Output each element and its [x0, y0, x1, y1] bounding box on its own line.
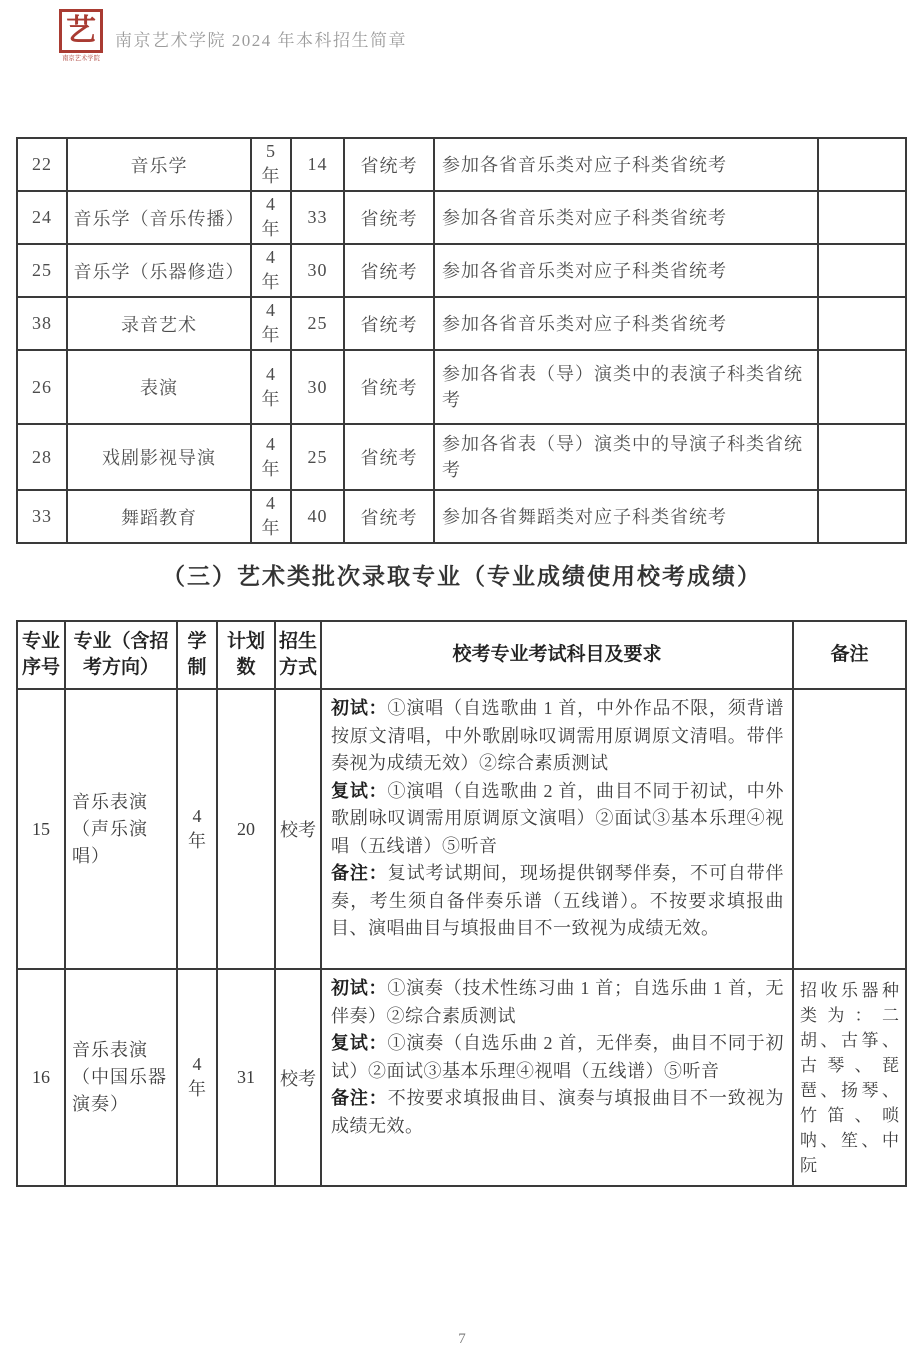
duration-cell: 4 年: [251, 490, 291, 543]
exam-requirement-line: 初试：①演奏（技术性练习曲 1 首；自选乐曲 1 首，无伴奏）②综合素质测试: [331, 975, 784, 1030]
university-logo: 艺 南京艺术学院: [57, 9, 105, 62]
province-exam-table-body: 22音乐学5 年14省统考参加各省音乐类对应子科类省统考24音乐学（音乐传播）4…: [17, 138, 906, 543]
column-header: 专业（含招考方向）: [65, 621, 177, 689]
duration-cell: 4 年: [177, 689, 217, 969]
major-number-cell: 24: [17, 191, 67, 244]
major-name-cell: 音乐学（乐器修造）: [67, 244, 251, 297]
duration-cell: 4 年: [251, 350, 291, 424]
column-header: 专业序号: [17, 621, 65, 689]
plan-count-cell: 20: [217, 689, 275, 969]
column-header: 备注: [793, 621, 906, 689]
duration-cell: 5 年: [251, 138, 291, 191]
admission-method-cell: 省统考: [344, 424, 434, 490]
page: 艺 南京艺术学院 南京艺术学院 2024 年本科招生简章 22音乐学5 年14省…: [0, 0, 924, 1372]
table-row: 33舞蹈教育4 年40省统考参加各省舞蹈类对应子科类省统考: [17, 490, 906, 543]
major-name-cell: 音乐学（音乐传播）: [67, 191, 251, 244]
major-number-cell: 26: [17, 350, 67, 424]
major-name-cell: 音乐表演（声乐演唱）: [65, 689, 177, 969]
requirement-cell: 参加各省舞蹈类对应子科类省统考: [434, 490, 818, 543]
requirement-cell: 参加各省表（导）演类中的表演子科类省统考: [434, 350, 818, 424]
exam-requirement-line: 复试：①演唱（自选歌曲 2 首，曲目不同于初试，中外歌剧咏叹调需用原调原文演唱）…: [331, 778, 784, 861]
school-exam-table-header-row: 专业序号专业（含招考方向）学制计划数招生方式校考专业考试科目及要求备注: [17, 621, 906, 689]
column-header: 学制: [177, 621, 217, 689]
duration-cell: 4 年: [251, 191, 291, 244]
major-name-cell: 表演: [67, 350, 251, 424]
document-header: 艺 南京艺术学院 南京艺术学院 2024 年本科招生简章: [57, 9, 407, 62]
admission-method-cell: 省统考: [344, 244, 434, 297]
admission-method-cell: 校考: [275, 689, 321, 969]
major-number-cell: 25: [17, 244, 67, 297]
remark-cell: [818, 244, 906, 297]
plan-count-cell: 33: [291, 191, 344, 244]
remark-cell: [818, 424, 906, 490]
column-header: 招生方式: [275, 621, 321, 689]
remark-cell: [818, 138, 906, 191]
remark-cell: [793, 689, 906, 969]
exam-requirement-line: 备注：复试考试期间，现场提供钢琴伴奏，不可自带伴奏，考生须自备伴奏乐谱（五线谱）…: [331, 860, 784, 943]
exam-requirement-line: 备注：不按要求填报曲目、演奏与填报曲目不一致视为成绩无效。: [331, 1085, 784, 1140]
plan-count-cell: 25: [291, 424, 344, 490]
major-name-cell: 录音艺术: [67, 297, 251, 350]
admission-method-cell: 省统考: [344, 350, 434, 424]
major-name-cell: 舞蹈教育: [67, 490, 251, 543]
requirement-cell: 参加各省音乐类对应子科类省统考: [434, 244, 818, 297]
requirement-cell: 参加各省音乐类对应子科类省统考: [434, 191, 818, 244]
table-row: 22音乐学5 年14省统考参加各省音乐类对应子科类省统考: [17, 138, 906, 191]
table-row: 26表演4 年30省统考参加各省表（导）演类中的表演子科类省统考: [17, 350, 906, 424]
duration-cell: 4 年: [251, 244, 291, 297]
major-number-cell: 28: [17, 424, 67, 490]
admission-method-cell: 省统考: [344, 490, 434, 543]
admission-method-cell: 省统考: [344, 297, 434, 350]
plan-count-cell: 14: [291, 138, 344, 191]
exam-subjects-cell: 初试：①演奏（技术性练习曲 1 首；自选乐曲 1 首，无伴奏）②综合素质测试复试…: [321, 969, 793, 1186]
table-row: 38录音艺术4 年25省统考参加各省音乐类对应子科类省统考: [17, 297, 906, 350]
plan-count-cell: 30: [291, 350, 344, 424]
admission-method-cell: 省统考: [344, 138, 434, 191]
exam-requirement-line: 初试：①演唱（自选歌曲 1 首，中外作品不限，须背谱按原文清唱，中外歌剧咏叹调需…: [331, 695, 784, 778]
requirement-cell: 参加各省表（导）演类中的导演子科类省统考: [434, 424, 818, 490]
document-title: 南京艺术学院 2024 年本科招生简章: [115, 26, 407, 51]
plan-count-cell: 31: [217, 969, 275, 1186]
duration-cell: 4 年: [177, 969, 217, 1186]
plan-count-cell: 40: [291, 490, 344, 543]
requirement-cell: 参加各省音乐类对应子科类省统考: [434, 297, 818, 350]
province-exam-table: 22音乐学5 年14省统考参加各省音乐类对应子科类省统考24音乐学（音乐传播）4…: [16, 137, 907, 544]
seal-icon: 艺: [59, 9, 103, 53]
remark-cell: [818, 350, 906, 424]
exam-subjects-cell: 初试：①演唱（自选歌曲 1 首，中外作品不限，须背谱按原文清唱，中外歌剧咏叹调需…: [321, 689, 793, 969]
major-number-cell: 38: [17, 297, 67, 350]
requirement-cell: 参加各省音乐类对应子科类省统考: [434, 138, 818, 191]
major-number-cell: 33: [17, 490, 67, 543]
major-name-cell: 音乐学: [67, 138, 251, 191]
major-name-cell: 戏剧影视导演: [67, 424, 251, 490]
plan-count-cell: 30: [291, 244, 344, 297]
major-number-cell: 22: [17, 138, 67, 191]
table-row: 28戏剧影视导演4 年25省统考参加各省表（导）演类中的导演子科类省统考: [17, 424, 906, 490]
major-name-cell: 音乐表演（中国乐器演奏）: [65, 969, 177, 1186]
remark-cell: [818, 490, 906, 543]
remark-cell: [818, 297, 906, 350]
table-row: 24音乐学（音乐传播）4 年33省统考参加各省音乐类对应子科类省统考: [17, 191, 906, 244]
duration-cell: 4 年: [251, 297, 291, 350]
page-number: 7: [0, 1331, 924, 1348]
section-heading: （三）艺术类批次录取专业（专业成绩使用校考成绩）: [0, 558, 924, 591]
remark-cell: [818, 191, 906, 244]
column-header: 计划数: [217, 621, 275, 689]
duration-cell: 4 年: [251, 424, 291, 490]
remark-cell: 招收乐器种类为：二胡、古筝、古琴、琵琶、扬琴、竹笛、唢呐、笙、中阮: [793, 969, 906, 1186]
table-row: 15音乐表演（声乐演唱）4 年20校考初试：①演唱（自选歌曲 1 首，中外作品不…: [17, 689, 906, 969]
school-exam-table: 专业序号专业（含招考方向）学制计划数招生方式校考专业考试科目及要求备注 15音乐…: [16, 620, 907, 1187]
column-header: 校考专业考试科目及要求: [321, 621, 793, 689]
admission-method-cell: 省统考: [344, 191, 434, 244]
table-row: 16音乐表演（中国乐器演奏）4 年31校考初试：①演奏（技术性练习曲 1 首；自…: [17, 969, 906, 1186]
logo-caption: 南京艺术学院: [62, 54, 100, 61]
major-number-cell: 15: [17, 689, 65, 969]
table-row: 25音乐学（乐器修造）4 年30省统考参加各省音乐类对应子科类省统考: [17, 244, 906, 297]
school-exam-table-body: 15音乐表演（声乐演唱）4 年20校考初试：①演唱（自选歌曲 1 首，中外作品不…: [17, 689, 906, 1186]
exam-requirement-line: 复试：①演奏（自选乐曲 2 首，无伴奏，曲目不同于初试）②面试③基本乐理④视唱（…: [331, 1030, 784, 1085]
admission-method-cell: 校考: [275, 969, 321, 1186]
plan-count-cell: 25: [291, 297, 344, 350]
major-number-cell: 16: [17, 969, 65, 1186]
